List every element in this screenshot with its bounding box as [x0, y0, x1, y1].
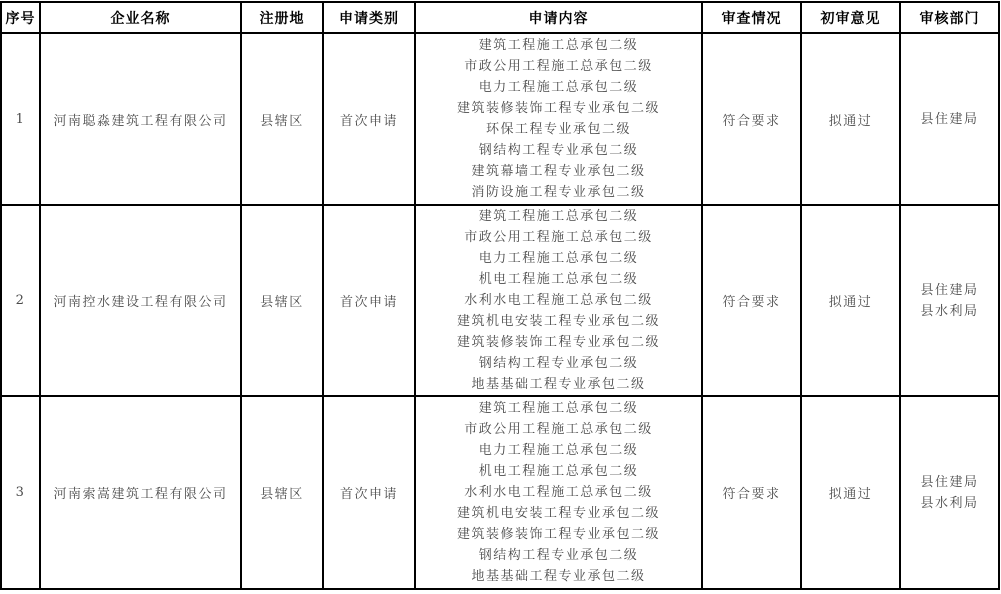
header-preliminary-opinion: 初审意见	[801, 2, 900, 33]
content-item: 水利水电工程施工总承包二级	[416, 290, 701, 311]
content-item: 环保工程专业承包二级	[416, 119, 701, 140]
cell-application-type: 首次申请	[323, 33, 415, 205]
content-item: 水利水电工程施工总承包二级	[416, 482, 701, 503]
header-row: 序号 企业名称 注册地 申请类别 申请内容 审查情况 初审意见 审核部门	[1, 2, 999, 33]
header-company: 企业名称	[40, 2, 241, 33]
cell-review-status: 符合要求	[702, 396, 801, 589]
header-seq: 序号	[1, 2, 40, 33]
content-item: 地基基础工程专业承包二级	[416, 566, 701, 587]
cell-preliminary-opinion: 拟通过	[801, 33, 900, 205]
content-item: 建筑工程施工总承包二级	[416, 398, 701, 419]
content-item: 建筑机电安装工程专业承包二级	[416, 503, 701, 524]
content-item: 市政公用工程施工总承包二级	[416, 419, 701, 440]
header-application-type: 申请类别	[323, 2, 415, 33]
department: 县住建局	[901, 472, 998, 493]
content-item: 市政公用工程施工总承包二级	[416, 56, 701, 77]
cell-seq: 2	[1, 205, 40, 396]
content-item: 电力工程施工总承包二级	[416, 77, 701, 98]
cell-application-content: 建筑工程施工总承包二级 市政公用工程施工总承包二级 电力工程施工总承包二级 机电…	[415, 205, 702, 396]
content-item: 建筑幕墙工程专业承包二级	[416, 161, 701, 182]
cell-seq: 3	[1, 396, 40, 589]
department: 县住建局	[901, 109, 998, 130]
header-application-content: 申请内容	[415, 2, 702, 33]
header-review-department: 审核部门	[900, 2, 999, 33]
cell-application-content: 建筑工程施工总承包二级 市政公用工程施工总承包二级 电力工程施工总承包二级 建筑…	[415, 33, 702, 205]
content-item: 市政公用工程施工总承包二级	[416, 227, 701, 248]
content-item: 钢结构工程专业承包二级	[416, 353, 701, 374]
cell-review-department: 县住建局 县水利局	[900, 205, 999, 396]
cell-application-type: 首次申请	[323, 205, 415, 396]
content-item: 建筑装修装饰工程专业承包二级	[416, 524, 701, 545]
content-item: 建筑工程施工总承包二级	[416, 35, 701, 56]
content-item: 机电工程施工总承包二级	[416, 461, 701, 482]
content-item: 电力工程施工总承包二级	[416, 440, 701, 461]
cell-company: 河南索嵩建筑工程有限公司	[40, 396, 241, 589]
department: 县水利局	[901, 493, 998, 514]
content-item: 建筑机电安装工程专业承包二级	[416, 311, 701, 332]
content-item: 建筑装修装饰工程专业承包二级	[416, 98, 701, 119]
table-row: 3 河南索嵩建筑工程有限公司 县辖区 首次申请 建筑工程施工总承包二级 市政公用…	[1, 396, 999, 589]
cell-registered-place: 县辖区	[241, 33, 323, 205]
header-review-status: 审查情况	[702, 2, 801, 33]
content-item: 地基基础工程专业承包二级	[416, 374, 701, 395]
department: 县住建局	[901, 280, 998, 301]
content-item: 建筑工程施工总承包二级	[416, 206, 701, 227]
table-row: 2 河南控水建设工程有限公司 县辖区 首次申请 建筑工程施工总承包二级 市政公用…	[1, 205, 999, 396]
cell-registered-place: 县辖区	[241, 396, 323, 589]
qualification-approval-table: 序号 企业名称 注册地 申请类别 申请内容 审查情况 初审意见 审核部门 1 河…	[0, 1, 1000, 590]
table-row: 1 河南聪淼建筑工程有限公司 县辖区 首次申请 建筑工程施工总承包二级 市政公用…	[1, 33, 999, 205]
content-item: 钢结构工程专业承包二级	[416, 545, 701, 566]
content-item: 电力工程施工总承包二级	[416, 248, 701, 269]
content-item: 钢结构工程专业承包二级	[416, 140, 701, 161]
cell-registered-place: 县辖区	[241, 205, 323, 396]
content-item: 消防设施工程专业承包二级	[416, 182, 701, 203]
header-registered-place: 注册地	[241, 2, 323, 33]
content-item: 建筑装修装饰工程专业承包二级	[416, 332, 701, 353]
cell-application-content: 建筑工程施工总承包二级 市政公用工程施工总承包二级 电力工程施工总承包二级 机电…	[415, 396, 702, 589]
cell-preliminary-opinion: 拟通过	[801, 205, 900, 396]
department: 县水利局	[901, 301, 998, 322]
cell-review-department: 县住建局 县水利局	[900, 396, 999, 589]
cell-company: 河南控水建设工程有限公司	[40, 205, 241, 396]
cell-company: 河南聪淼建筑工程有限公司	[40, 33, 241, 205]
content-item: 机电工程施工总承包二级	[416, 269, 701, 290]
cell-review-status: 符合要求	[702, 33, 801, 205]
cell-review-status: 符合要求	[702, 205, 801, 396]
cell-application-type: 首次申请	[323, 396, 415, 589]
cell-preliminary-opinion: 拟通过	[801, 396, 900, 589]
cell-review-department: 县住建局	[900, 33, 999, 205]
cell-seq: 1	[1, 33, 40, 205]
